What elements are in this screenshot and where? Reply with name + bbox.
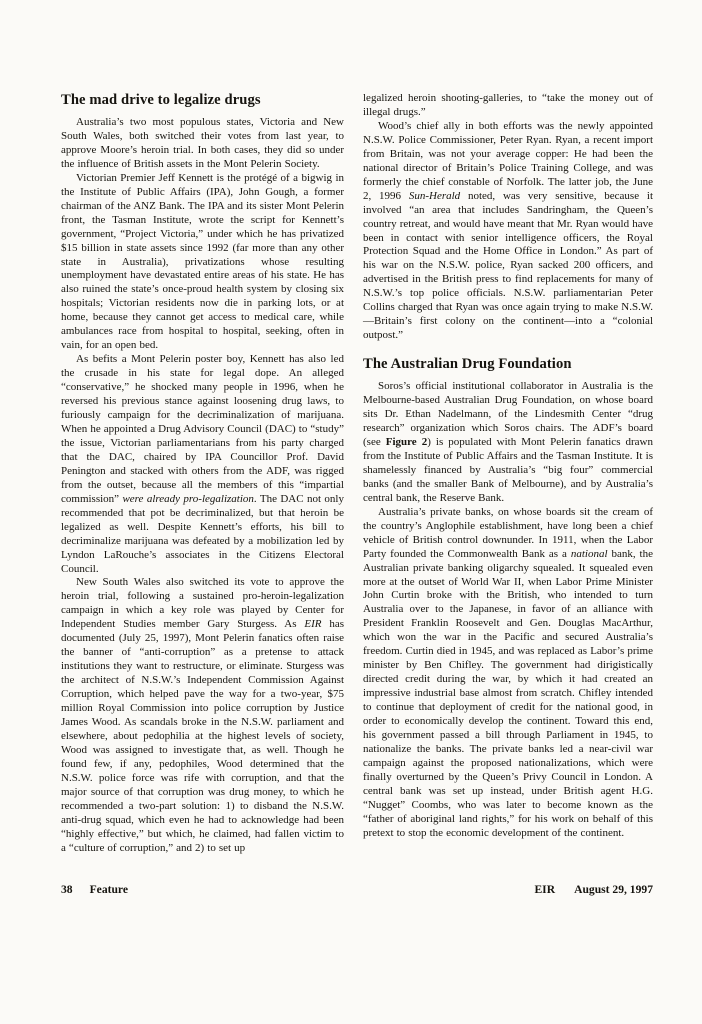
paragraph: legalized heroin shooting-galleries, to … [363,92,653,120]
article-heading: The mad drive to legalize drugs [61,92,344,109]
right-column-paragraphs: Soros’s official institutional collabora… [363,380,653,840]
issue-date: August 29, 1997 [574,883,653,896]
right-column: legalized heroin shooting-galleries, to … [363,92,653,856]
journal-name: EIR [534,883,555,896]
left-column-paragraphs: Australia’s two most populous states, Vi… [61,116,344,856]
right-column-continuation: legalized heroin shooting-galleries, to … [363,92,653,343]
left-column: The mad drive to legalize drugs Australi… [61,92,344,856]
footer-right: EIRAugust 29, 1997 [534,883,653,896]
paragraph: Australia’s private banks, on whose boar… [363,506,653,841]
paragraph: Soros’s official institutional collabora… [363,380,653,506]
page-footer: 38Feature EIRAugust 29, 1997 [61,883,653,896]
paragraph: As befits a Mont Pelerin poster boy, Ken… [61,353,344,576]
paragraph: Victorian Premier Jeff Kennett is the pr… [61,172,344,353]
page-number: 38 [61,883,73,896]
footer-left: 38Feature [61,883,128,896]
paragraph: New South Wales also switched its vote t… [61,576,344,855]
document-page: The mad drive to legalize drugs Australi… [0,0,702,1024]
paragraph: Wood’s chief ally in both efforts was th… [363,120,653,343]
section-heading: The Australian Drug Foundation [363,356,653,373]
section-label: Feature [90,883,128,896]
article-body: The mad drive to legalize drugs Australi… [61,92,653,856]
paragraph: Australia’s two most populous states, Vi… [61,116,344,172]
